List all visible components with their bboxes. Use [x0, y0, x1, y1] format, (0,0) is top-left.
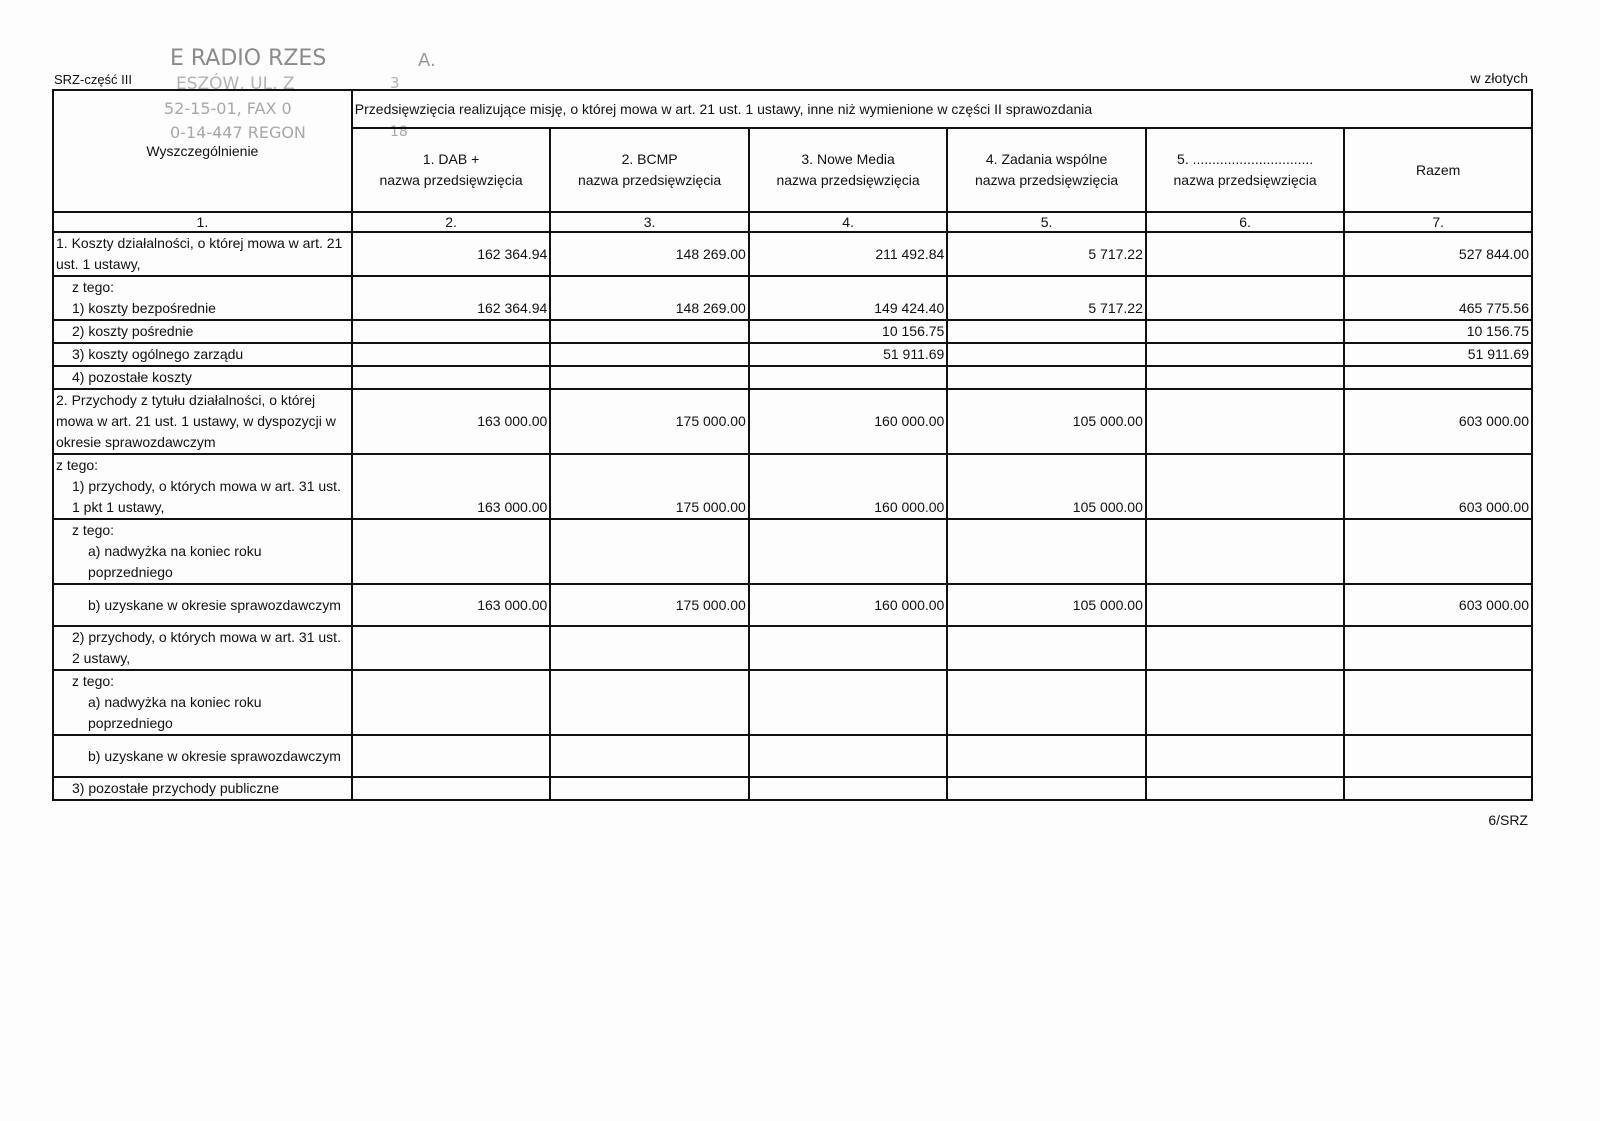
value-cell: 105 000.00 — [947, 584, 1146, 626]
group-title: Przedsięwzięcia realizujące misję, o któ… — [352, 90, 1532, 128]
value-cell — [352, 670, 551, 735]
column-header: 5. ...............................nazwa … — [1146, 128, 1345, 212]
column-number: 1. — [53, 212, 352, 232]
total-column-header: Razem — [1344, 128, 1532, 212]
table-row: z tego:1) koszty bezpośrednie162 364.941… — [53, 276, 1532, 320]
total-cell: 10 156.75 — [1344, 320, 1532, 343]
value-cell — [352, 320, 551, 343]
table-row: b) uzyskane w okresie sprawozdawczym — [53, 735, 1532, 777]
total-cell — [1344, 735, 1532, 777]
value-cell: 51 911.69 — [749, 343, 948, 366]
value-cell: 162 364.94 — [352, 232, 551, 276]
row-label: b) uzyskane w okresie sprawozdawczym — [53, 584, 352, 626]
row-label-line: 4) pozostałe koszty — [56, 367, 349, 388]
value-cell — [1146, 519, 1345, 584]
value-cell: 105 000.00 — [947, 389, 1146, 454]
value-cell: 211 492.84 — [749, 232, 948, 276]
label-column-header: Wyszczególnienie — [53, 90, 352, 212]
value-cell — [352, 343, 551, 366]
value-cell — [947, 320, 1146, 343]
value-cell — [1146, 320, 1345, 343]
page-number: 6/SRZ — [1488, 812, 1528, 828]
value-cell — [1146, 454, 1345, 519]
column-header-subtitle: nazwa przedsięwzięcia — [752, 170, 945, 191]
row-label-line: 2) przychody, o których mowa w art. 31 u… — [56, 627, 349, 669]
table-row: 4) pozostałe koszty — [53, 366, 1532, 389]
total-cell: 603 000.00 — [1344, 389, 1532, 454]
value-cell: 163 000.00 — [352, 389, 551, 454]
row-label-line: 3) koszty ogólnego zarządu — [56, 344, 349, 365]
currency-unit: w złotych — [1470, 70, 1528, 86]
value-cell — [947, 366, 1146, 389]
row-label: z tego:1) przychody, o których mowa w ar… — [53, 454, 352, 519]
column-header-subtitle: nazwa przedsięwzięcia — [355, 170, 548, 191]
report-table: Wyszczególnienie Przedsięwzięcia realizu… — [52, 89, 1533, 801]
row-label: z tego:1) koszty bezpośrednie — [53, 276, 352, 320]
value-cell — [352, 777, 551, 800]
value-cell: 5 717.22 — [947, 232, 1146, 276]
row-label: 2) przychody, o których mowa w art. 31 u… — [53, 626, 352, 670]
value-cell: 160 000.00 — [749, 454, 948, 519]
value-cell — [1146, 389, 1345, 454]
row-label-line: b) uzyskane w okresie sprawozdawczym — [56, 746, 349, 767]
table-row: b) uzyskane w okresie sprawozdawczym163 … — [53, 584, 1532, 626]
total-cell: 465 775.56 — [1344, 276, 1532, 320]
value-cell — [550, 626, 749, 670]
row-label-line: z tego: — [56, 277, 349, 298]
value-cell — [749, 777, 948, 800]
row-label-line: 1) koszty bezpośrednie — [56, 298, 349, 319]
total-cell — [1344, 777, 1532, 800]
value-cell: 162 364.94 — [352, 276, 551, 320]
table-row: 2. Przychody z tytułu działalności, o kt… — [53, 389, 1532, 454]
value-cell: 5 717.22 — [947, 276, 1146, 320]
value-cell — [947, 777, 1146, 800]
table-row: 2) przychody, o których mowa w art. 31 u… — [53, 626, 1532, 670]
column-header-title: 3. Nowe Media — [752, 149, 945, 170]
value-cell: 10 156.75 — [749, 320, 948, 343]
value-cell — [1146, 232, 1345, 276]
column-number: 7. — [1344, 212, 1532, 232]
value-cell: 163 000.00 — [352, 584, 551, 626]
value-cell — [1146, 343, 1345, 366]
value-cell — [1146, 276, 1345, 320]
total-cell: 527 844.00 — [1344, 232, 1532, 276]
column-header-subtitle: nazwa przedsięwzięcia — [553, 170, 746, 191]
value-cell — [749, 366, 948, 389]
value-cell — [947, 519, 1146, 584]
value-cell — [749, 670, 948, 735]
row-label: 3) koszty ogólnego zarządu — [53, 343, 352, 366]
column-number: 3. — [550, 212, 749, 232]
row-label-line: 2) koszty pośrednie — [56, 321, 349, 342]
form-identifier: SRZ-część III — [54, 72, 132, 87]
column-header-title: 2. BCMP — [553, 149, 746, 170]
total-cell — [1344, 670, 1532, 735]
value-cell — [749, 519, 948, 584]
row-label-line: 2. Przychody z tytułu działalności, o kt… — [56, 390, 349, 453]
value-cell — [947, 735, 1146, 777]
column-header-subtitle: nazwa przedsięwzięcia — [950, 170, 1143, 191]
row-label-line: z tego: — [56, 455, 349, 476]
column-number: 2. — [352, 212, 551, 232]
value-cell — [1146, 626, 1345, 670]
value-cell — [947, 343, 1146, 366]
table-row: 1. Koszty działalności, o której mowa w … — [53, 232, 1532, 276]
value-cell: 148 269.00 — [550, 232, 749, 276]
table-row: z tego:a) nadwyżka na koniec roku poprze… — [53, 519, 1532, 584]
row-label: z tego:a) nadwyżka na koniec roku poprze… — [53, 670, 352, 735]
table-row: 3) koszty ogólnego zarządu51 911.6951 91… — [53, 343, 1532, 366]
column-number: 5. — [947, 212, 1146, 232]
column-header: 2. BCMPnazwa przedsięwzięcia — [550, 128, 749, 212]
value-cell — [352, 626, 551, 670]
column-number: 4. — [749, 212, 948, 232]
value-cell — [749, 735, 948, 777]
value-cell — [749, 626, 948, 670]
value-cell — [550, 320, 749, 343]
value-cell: 175 000.00 — [550, 389, 749, 454]
value-cell — [1146, 777, 1345, 800]
value-cell — [550, 343, 749, 366]
row-label-line: 1. Koszty działalności, o której mowa w … — [56, 233, 349, 275]
total-cell: 603 000.00 — [1344, 454, 1532, 519]
row-label: 3) pozostałe przychody publiczne — [53, 777, 352, 800]
row-label-line: a) nadwyżka na koniec roku poprzedniego — [56, 692, 349, 734]
row-label-line: z tego: — [56, 520, 349, 541]
row-label: 4) pozostałe koszty — [53, 366, 352, 389]
row-label-line: 1) przychody, o których mowa w art. 31 u… — [56, 476, 349, 518]
value-cell — [1146, 366, 1345, 389]
table-row: z tego:a) nadwyżka na koniec roku poprze… — [53, 670, 1532, 735]
total-cell — [1344, 519, 1532, 584]
value-cell — [550, 777, 749, 800]
row-label: 2) koszty pośrednie — [53, 320, 352, 343]
value-cell — [352, 366, 551, 389]
total-cell: 51 911.69 — [1344, 343, 1532, 366]
row-label: 1. Koszty działalności, o której mowa w … — [53, 232, 352, 276]
row-label: 2. Przychody z tytułu działalności, o kt… — [53, 389, 352, 454]
column-header: 4. Zadania wspólnenazwa przedsięwzięcia — [947, 128, 1146, 212]
table-row: z tego:1) przychody, o których mowa w ar… — [53, 454, 1532, 519]
column-number: 6. — [1146, 212, 1345, 232]
value-cell — [352, 519, 551, 584]
total-cell — [1344, 626, 1532, 670]
row-label-line: a) nadwyżka na koniec roku poprzedniego — [56, 541, 349, 583]
row-label: b) uzyskane w okresie sprawozdawczym — [53, 735, 352, 777]
row-label-line: b) uzyskane w okresie sprawozdawczym — [56, 595, 349, 616]
total-cell: 603 000.00 — [1344, 584, 1532, 626]
value-cell: 175 000.00 — [550, 454, 749, 519]
value-cell — [1146, 735, 1345, 777]
row-label-line: z tego: — [56, 671, 349, 692]
value-cell — [550, 366, 749, 389]
row-label: z tego:a) nadwyżka na koniec roku poprze… — [53, 519, 352, 584]
column-header-title: 4. Zadania wspólne — [950, 149, 1143, 170]
value-cell: 160 000.00 — [749, 584, 948, 626]
value-cell — [550, 670, 749, 735]
value-cell — [1146, 584, 1345, 626]
table-row: 2) koszty pośrednie10 156.7510 156.75 — [53, 320, 1532, 343]
stamp-line-1: E RADIO RZES — [170, 48, 326, 70]
value-cell — [352, 735, 551, 777]
value-cell: 148 269.00 — [550, 276, 749, 320]
column-header: 1. DAB +nazwa przedsięwzięcia — [352, 128, 551, 212]
stamp-line-1-suffix: A. — [418, 52, 436, 70]
value-cell: 175 000.00 — [550, 584, 749, 626]
column-numbers: 1.2.3.4.5.6.7. — [53, 212, 1532, 232]
column-header: 3. Nowe Medianazwa przedsięwzięcia — [749, 128, 948, 212]
column-header-title: 5. ............................... — [1149, 149, 1342, 170]
column-header-title: 1. DAB + — [355, 149, 548, 170]
value-cell — [1146, 670, 1345, 735]
column-header-subtitle: nazwa przedsięwzięcia — [1149, 170, 1342, 191]
total-cell — [1344, 366, 1532, 389]
table-body: 1. Koszty działalności, o której mowa w … — [53, 232, 1532, 800]
table-row: 3) pozostałe przychody publiczne — [53, 777, 1532, 800]
value-cell — [947, 626, 1146, 670]
value-cell — [947, 670, 1146, 735]
value-cell — [550, 519, 749, 584]
value-cell: 149 424.40 — [749, 276, 948, 320]
value-cell: 105 000.00 — [947, 454, 1146, 519]
row-label-line: 3) pozostałe przychody publiczne — [56, 778, 349, 799]
value-cell: 163 000.00 — [352, 454, 551, 519]
value-cell: 160 000.00 — [749, 389, 948, 454]
value-cell — [550, 735, 749, 777]
